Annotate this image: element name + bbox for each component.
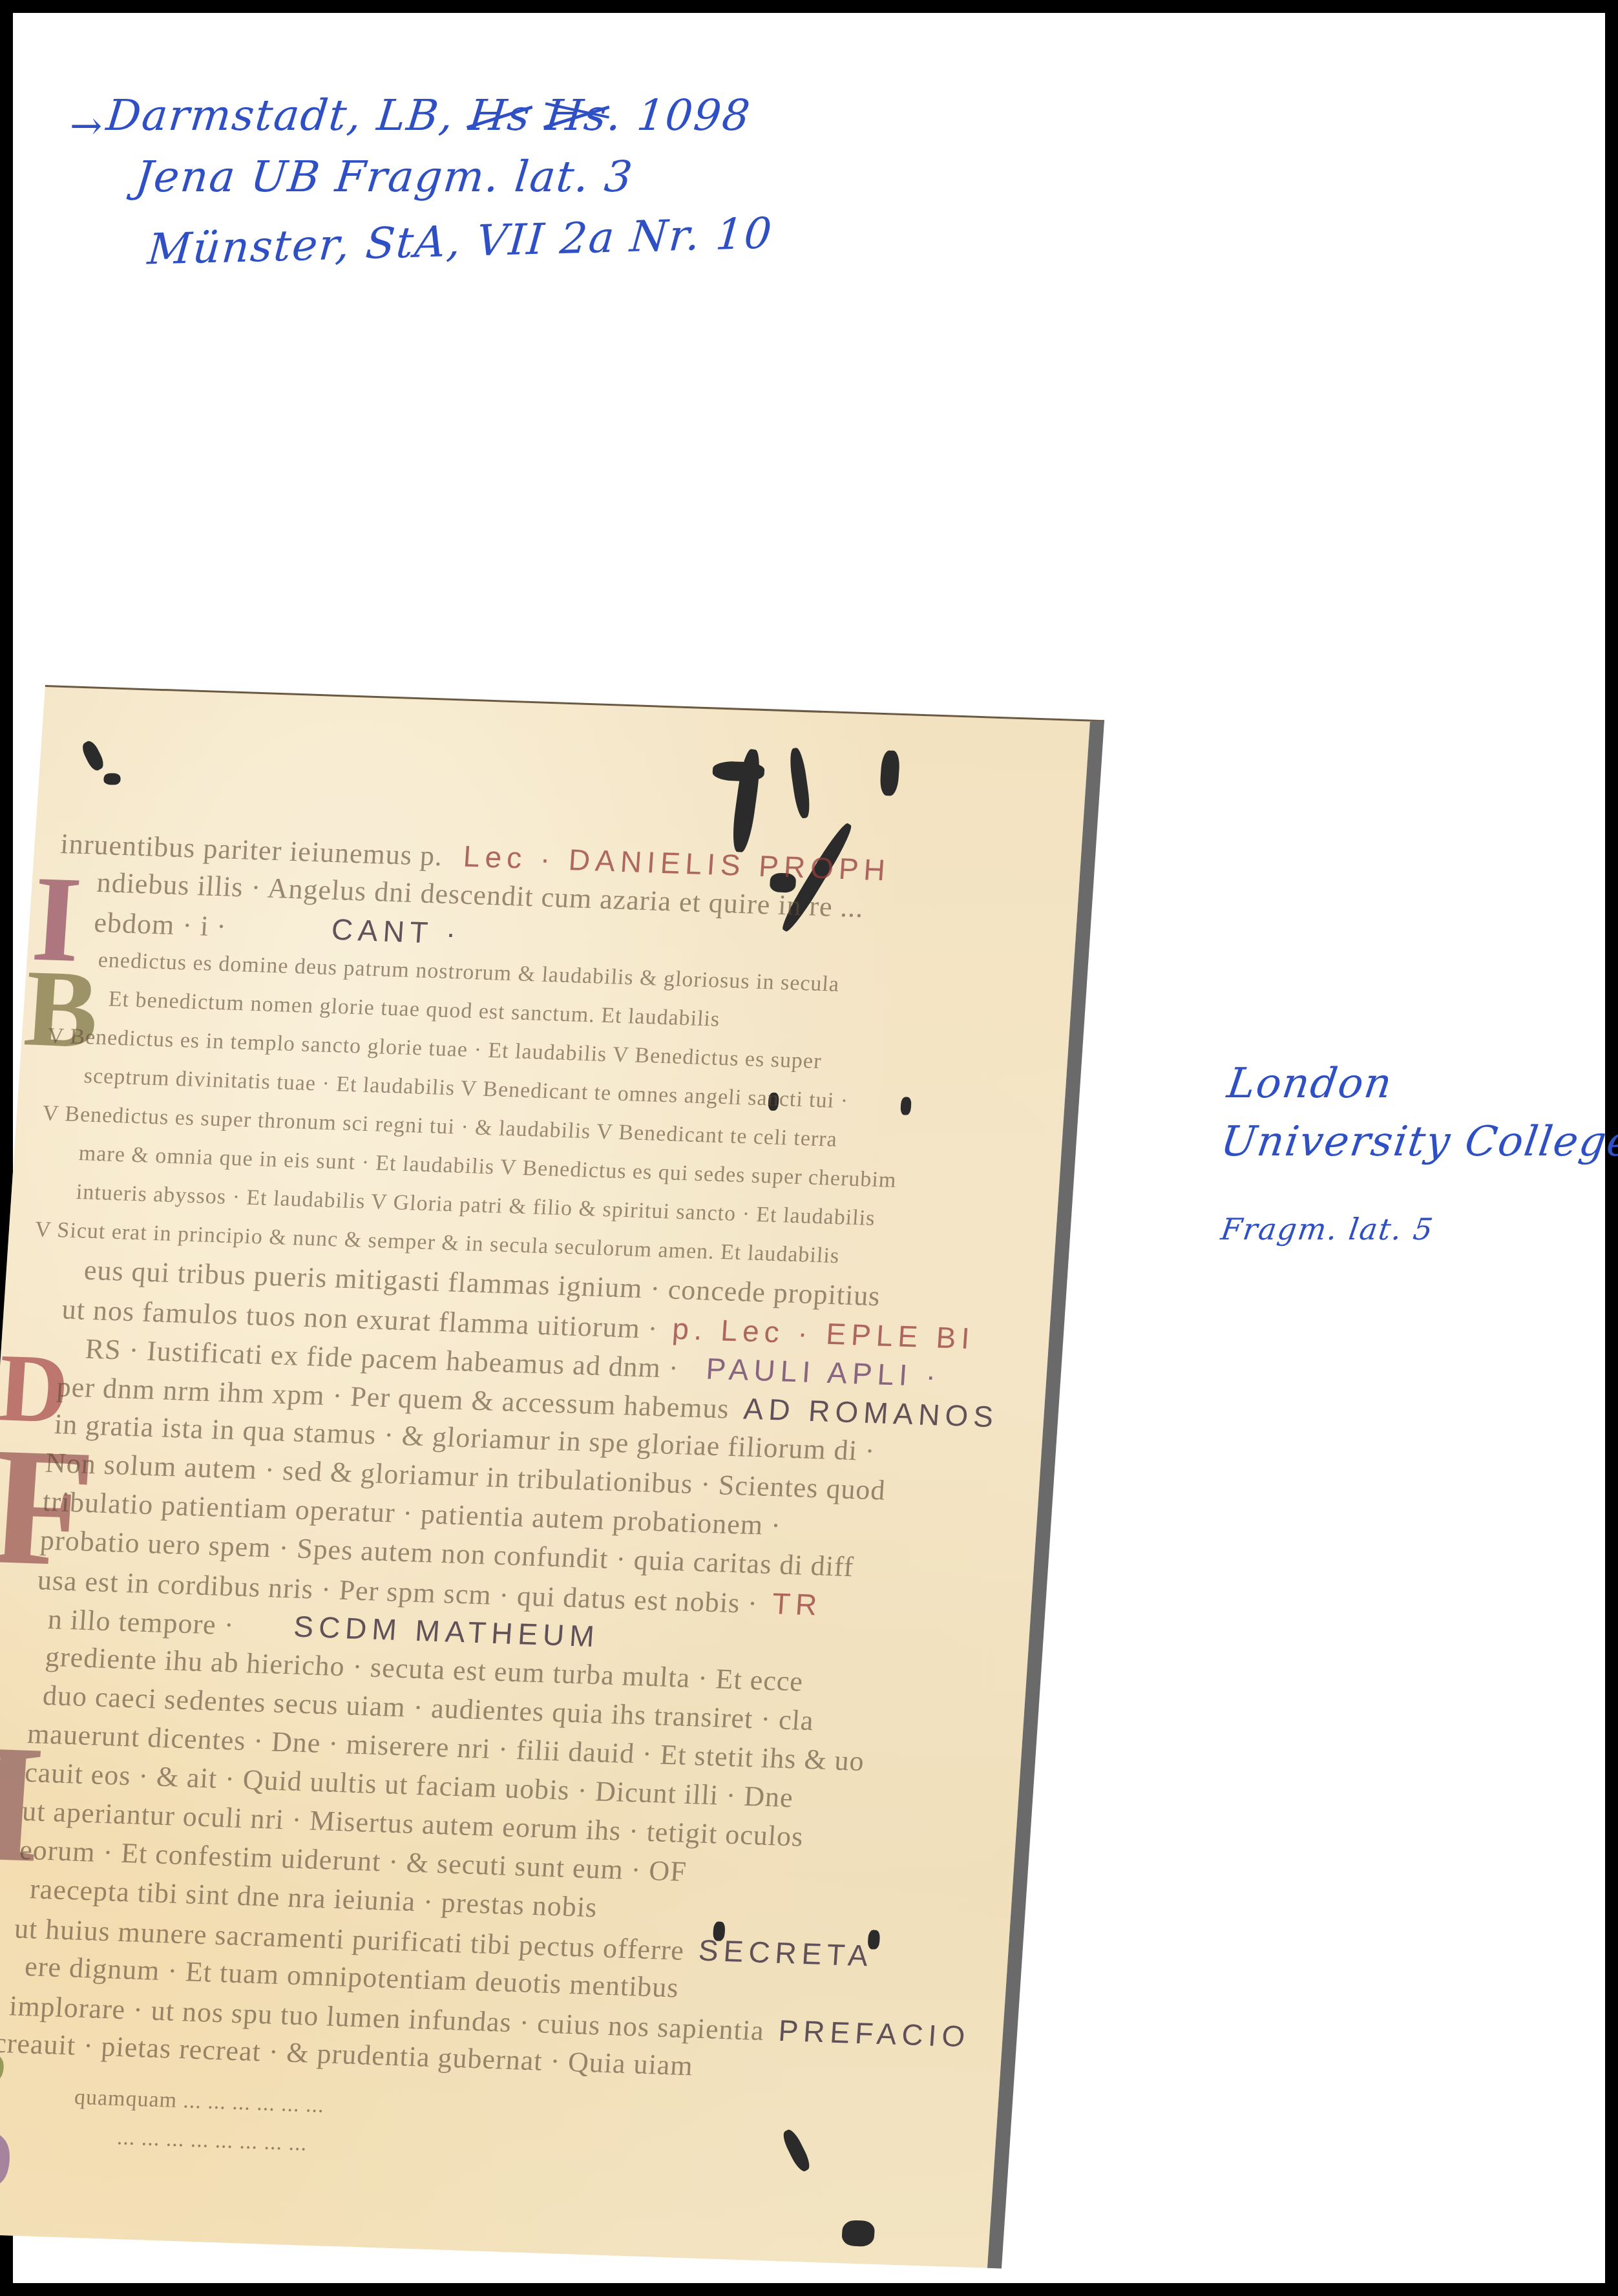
stain-mark [879, 750, 901, 796]
struck-out-word-2: Hs [543, 90, 611, 140]
struck-out-word: Hs [467, 90, 534, 140]
note-london: London [1224, 1060, 1396, 1108]
shelfmark-darmstadt: Darmstadt, LB, Hs Hs. 1098 [104, 90, 753, 140]
rubric-ad-romanos: AD ROMANOS [742, 1391, 1000, 1433]
scan-border: → Darmstadt, LB, Hs Hs. 1098 Jena UB Fra… [0, 0, 1618, 2296]
stain-mark [841, 2220, 876, 2247]
rubric-cant: CANT · [330, 912, 462, 951]
rubric-prefacio: PREFACIO [777, 2014, 971, 2054]
note-university-college: University College [1218, 1118, 1618, 1166]
darmstadt-text: Darmstadt, LB, [104, 90, 457, 140]
rubric-secreta: SECRETA [697, 1933, 874, 1973]
shelfmark-muenster: Münster, StA, VII 2a Nr. 10 [146, 208, 775, 274]
note-fragment-number: Fragm. lat. 5 [1219, 1212, 1436, 1247]
manuscript-text: inruentibus pariter ieiunemus p. Lec · D… [0, 823, 1049, 2185]
stain-mark [79, 739, 106, 773]
shelfmark-jena: Jena UB Fragm. lat. 3 [133, 152, 636, 202]
stain-mark [788, 747, 812, 819]
stain-mark [712, 761, 765, 782]
rubric-pauli-apostoli: PAULI APLI · [705, 1352, 942, 1393]
manuscript-photo: I B D F I P D inruentibus pariter ieiune… [0, 685, 1104, 2268]
stain-mark [103, 773, 121, 785]
darmstadt-number: . 1098 [605, 90, 753, 140]
arrow-icon: → [70, 103, 103, 149]
rubric-tract: TR [771, 1586, 823, 1621]
parchment-leaf: I B D F I P D inruentibus pariter ieiune… [0, 685, 1104, 2268]
